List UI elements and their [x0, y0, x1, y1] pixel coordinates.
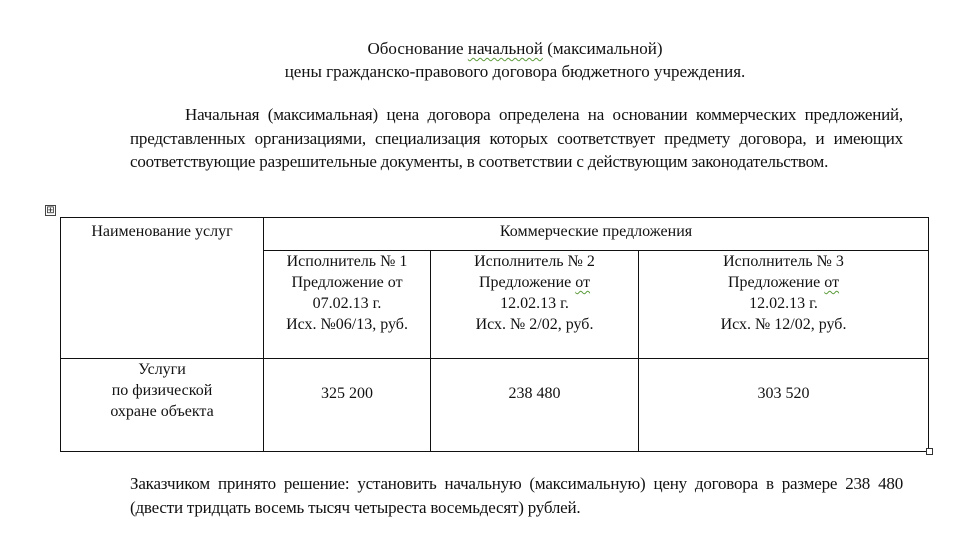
service-line: Услуги	[61, 359, 263, 380]
table-header-row: Наименование услуг Коммерческие предложе…	[61, 218, 929, 251]
table-row: Услуги по физической охране объекта 325 …	[61, 359, 929, 452]
document-title-line-1: Обоснование начальной (максимальной)	[0, 37, 953, 60]
header-service-name: Наименование услуг	[61, 218, 264, 359]
offer-date: 12.02.13 г.	[639, 293, 928, 314]
header-offers-group: Коммерческие предложения	[264, 218, 929, 251]
executor-name: Исполнитель № 3	[639, 251, 928, 272]
offer-date: 07.02.13 г.	[264, 293, 430, 314]
header-executor-3: Исполнитель № 3 Предложение от 12.02.13 …	[639, 251, 929, 359]
decision-paragraph: Заказчиком принято решение: установить н…	[130, 472, 903, 519]
title-text: (максимальной)	[543, 39, 663, 58]
document-title-line-2: цены гражданско-правового договора бюдже…	[0, 60, 953, 83]
spellcheck-flagged-word[interactable]: начальной	[468, 39, 543, 58]
executor-name: Исполнитель № 2	[431, 251, 638, 272]
title-text: Обоснование	[368, 39, 468, 58]
offer-label: Предложение от	[639, 272, 928, 293]
offer-ref: Исх. №06/13, руб.	[264, 314, 430, 335]
offer-ref: Исх. № 2/02, руб.	[431, 314, 638, 335]
price-executor-3: 303 520	[639, 359, 929, 452]
offer-label: Предложение от	[431, 272, 638, 293]
offer-date: 12.02.13 г.	[431, 293, 638, 314]
service-line: по физической	[61, 380, 263, 401]
offer-label: Предложение от	[264, 272, 430, 293]
header-executor-2: Исполнитель № 2 Предложение от 12.02.13 …	[431, 251, 639, 359]
offer-ref: Исх. № 12/02, руб.	[639, 314, 928, 335]
intro-paragraph: Начальная (максимальная) цена договора о…	[130, 103, 903, 174]
service-line: охране объекта	[61, 401, 263, 422]
table-move-handle-icon[interactable]: ⊞	[45, 205, 56, 216]
service-name-cell: Услуги по физической охране объекта	[61, 359, 264, 452]
header-executor-1: Исполнитель № 1 Предложение от 07.02.13 …	[264, 251, 431, 359]
table-resize-handle[interactable]	[926, 448, 933, 455]
executor-name: Исполнитель № 1	[264, 251, 430, 272]
offers-table: Наименование услуг Коммерческие предложе…	[60, 217, 929, 452]
price-executor-2: 238 480	[431, 359, 639, 452]
price-executor-1: 325 200	[264, 359, 431, 452]
